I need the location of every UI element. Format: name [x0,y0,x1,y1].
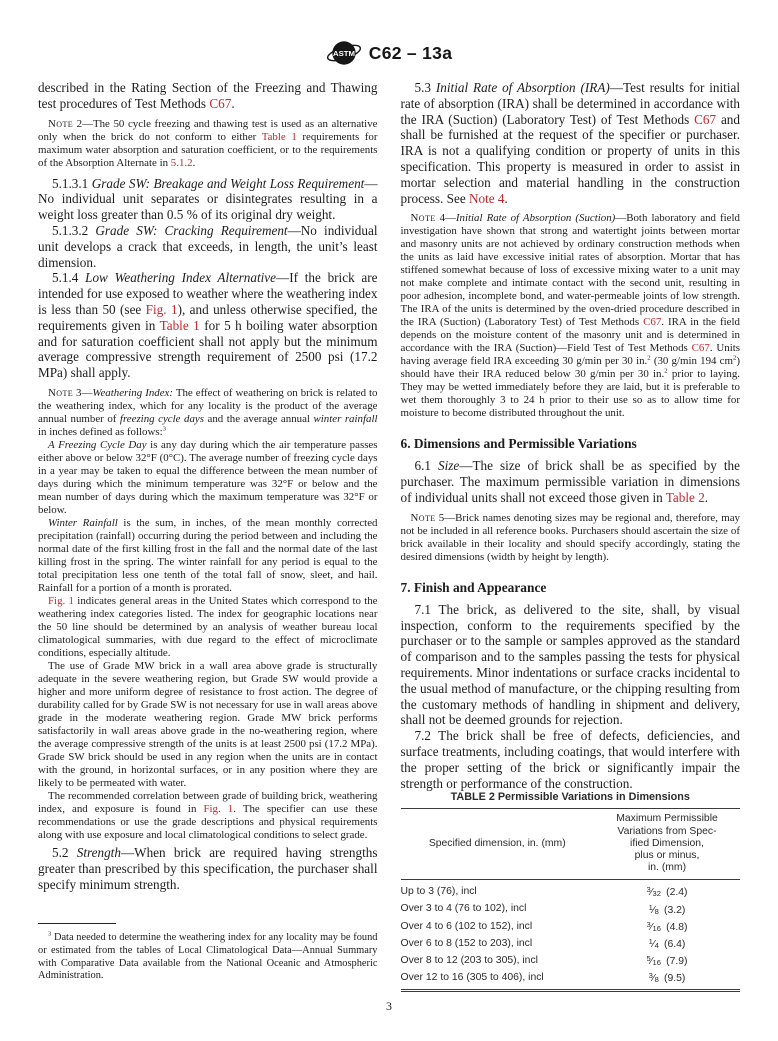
note-3-fig1: Fig. 1 indicates general areas in the Un… [38,595,378,660]
note-4: Note 4—Initial Rate of Absorption (Sucti… [401,212,741,420]
specified-dimension-cell: Over 12 to 16 (305 to 406), incl [401,969,595,991]
clause-7-1: 7.1 The brick, as delivered to the site,… [401,602,741,728]
table-row: Up to 3 (76), incl3⁄32 (2.4) [401,880,741,901]
specified-dimension-cell: Up to 3 (76), incl [401,880,595,901]
paragraph-continuation: described in the Rating Section of the F… [38,80,378,112]
clause-5-1-3-2: 5.1.3.2 Grade SW: Cracking Requirement—N… [38,223,378,270]
right-column: 5.3 Initial Rate of Absorption (IRA)—Tes… [401,80,741,983]
table-row: Over 12 to 16 (305 to 406), incl3⁄8 (9.5… [401,969,741,991]
footnote-block: 3 Data needed to determine the weatherin… [38,913,378,983]
reference-link[interactable]: C67 [643,316,661,328]
specified-dimension-cell: Over 3 to 4 (76 to 102), incl [401,901,595,918]
variation-value-cell: 3⁄32 (2.4) [594,880,740,901]
reference-link[interactable]: Fig. 1 [48,595,74,607]
clause-5-3-ira: 5.3 Initial Rate of Absorption (IRA)—Tes… [401,80,741,206]
footnote-3: 3 Data needed to determine the weatherin… [38,932,378,983]
astm-logo-icon: ASTM [326,38,362,68]
reference-link[interactable]: Table 1 [160,318,200,333]
note-5: Note 5—Brick names denoting sizes may be… [401,512,741,564]
table-2-permissible-variations: TABLE 2 Permissible Variations in Dimens… [401,791,741,992]
table-2-rows: Up to 3 (76), incl3⁄32 (2.4)Over 3 to 4 … [401,880,741,991]
table-row: Over 6 to 8 (152 to 203), incl1⁄4 (6.4) [401,935,741,952]
note-3-recommendation: The recommended correlation between grad… [38,790,378,842]
table-row: Over 4 to 6 (102 to 152), incl3⁄16 (4.8) [401,918,741,935]
reference-link[interactable]: Note 4 [469,191,505,206]
table-row: Over 8 to 12 (203 to 305), incl5⁄16 (7.9… [401,952,741,969]
table-2-header: Specified dimension, in. (mm) Maximum Pe… [401,809,741,880]
variation-value-cell: 1⁄4 (6.4) [594,935,740,952]
reference-link[interactable]: Table 2 [666,490,705,505]
specified-dimension-cell: Over 6 to 8 (152 to 203), incl [401,935,595,952]
standard-designation: C62 – 13a [369,43,452,64]
page-number: 3 [0,999,778,1014]
two-column-body: described in the Rating Section of the F… [38,80,740,983]
note-2: Note 2—The 50 cycle freezing and thawing… [38,118,378,170]
table-2-col2-header: Maximum PermissibleVariations from Spec-… [594,809,740,880]
left-column: described in the Rating Section of the F… [38,80,378,983]
reference-link[interactable]: Table 1 [262,131,297,143]
page-header: ASTM C62 – 13a [0,34,778,72]
table-row: Over 3 to 4 (76 to 102), incl1⁄8 (3.2) [401,901,741,918]
reference-link[interactable]: Fig. 1 [146,302,178,317]
reference-link[interactable]: C67 [694,112,716,127]
note-3-grade-mw: The use of Grade MW brick in a wall area… [38,660,378,790]
variation-value-cell: 3⁄8 (9.5) [594,969,740,991]
svg-text:ASTM: ASTM [333,49,355,58]
variation-value-cell: 5⁄16 (7.9) [594,952,740,969]
reference-link[interactable]: C67 [692,342,710,354]
specified-dimension-cell: Over 4 to 6 (102 to 152), incl [401,918,595,935]
reference-link[interactable]: Fig. 1 [203,803,233,815]
clause-7-2: 7.2 The brick shall be free of defects, … [401,728,741,791]
clause-6-1-size: 6.1 Size—The size of brick shall be as s… [401,458,741,505]
note-3: Note 3—Weathering Index: The effect of w… [38,387,378,439]
footnote-divider [38,923,116,924]
table-2-title: TABLE 2 Permissible Variations in Dimens… [401,791,741,809]
section-7-heading: 7. Finish and Appearance [401,580,741,596]
reference-link[interactable]: 5.1.2 [171,157,193,169]
clause-5-2-strength: 5.2 Strength—When brick are required hav… [38,845,378,892]
clause-5-1-3-1: 5.1.3.1 Grade SW: Breakage and Weight Lo… [38,176,378,223]
reference-link[interactable]: C67 [209,96,231,111]
note-3-freezing-cycle-day: A Freezing Cycle Day is any day during w… [38,439,378,517]
variation-value-cell: 1⁄8 (3.2) [594,901,740,918]
specified-dimension-cell: Over 8 to 12 (203 to 305), incl [401,952,595,969]
section-6-heading: 6. Dimensions and Permissible Variations [401,436,741,452]
variation-value-cell: 3⁄16 (4.8) [594,918,740,935]
table-2-col1-header: Specified dimension, in. (mm) [401,809,595,880]
document-page: ASTM C62 – 13a described in the Rating S… [0,0,778,1041]
note-3-winter-rainfall: Winter Rainfall is the sum, in inches, o… [38,517,378,595]
clause-5-1-4: 5.1.4 Low Weathering Index Alternative—I… [38,270,378,381]
